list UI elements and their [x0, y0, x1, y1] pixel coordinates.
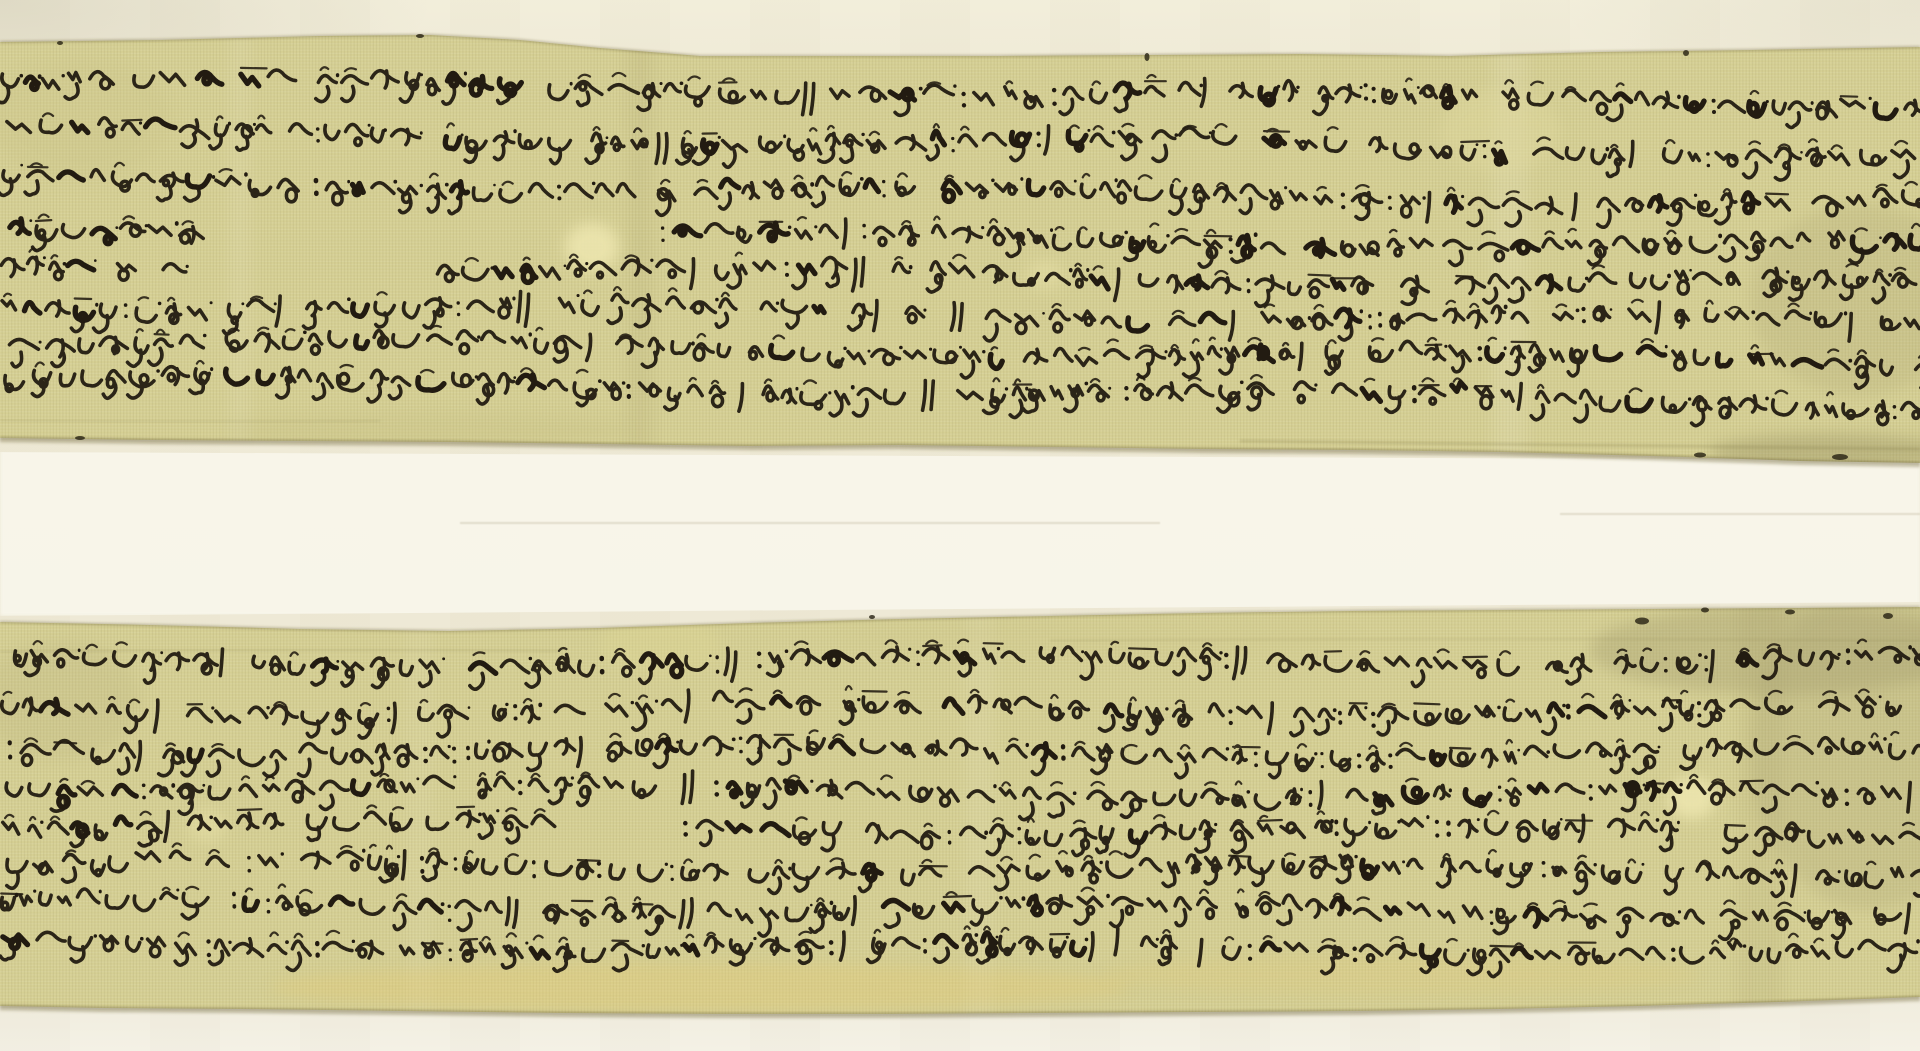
fabric-streak: [406, 587, 434, 1034]
stain: [270, 963, 1130, 1011]
manuscript-scan: [0, 0, 1920, 1051]
manuscript-strip-bottom: [0, 0, 1920, 1051]
